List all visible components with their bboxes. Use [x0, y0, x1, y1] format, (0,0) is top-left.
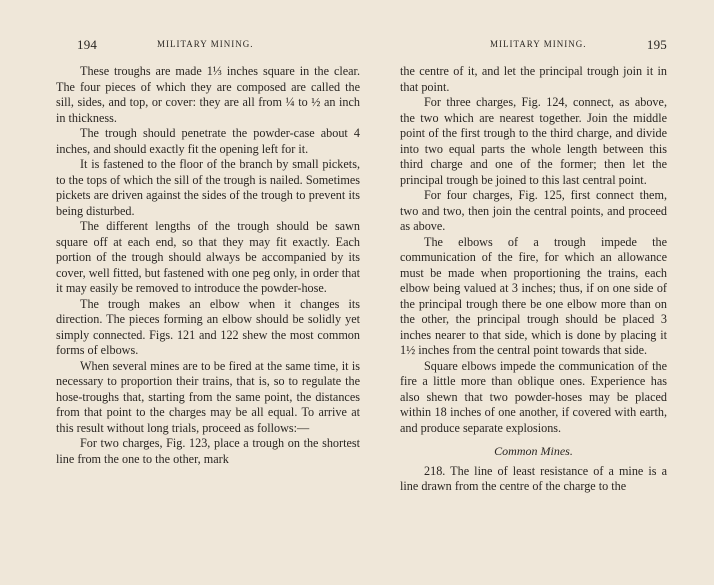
running-head-title: MILITARY MINING.	[157, 39, 253, 49]
body-text: These troughs are made 1⅓ inches square …	[56, 64, 360, 467]
section-heading: Common Mines.	[400, 444, 667, 460]
body-text: the centre of it, and let the principal …	[400, 64, 667, 495]
paragraph-continuation: the centre of it, and let the principal …	[400, 64, 667, 95]
paragraph: When several mines are to be fired at th…	[56, 359, 360, 437]
paragraph: The trough makes an elbow when it change…	[56, 297, 360, 359]
paragraph: For four charges, Fig. 125, first connec…	[400, 188, 667, 235]
paragraph: The trough should penetrate the powder-c…	[56, 126, 360, 157]
paragraph: It is fastened to the floor of the branc…	[56, 157, 360, 219]
paragraph: 218. The line of least resistance of a m…	[400, 464, 667, 495]
running-head: MILITARY MINING. 195	[399, 37, 667, 53]
paragraph: Square elbows impede the communication o…	[400, 359, 667, 437]
running-head-title: MILITARY MINING.	[490, 39, 586, 49]
paragraph: For two charges, Fig. 123, place a troug…	[56, 436, 360, 467]
page-number: 195	[647, 37, 667, 53]
right-page: MILITARY MINING. 195 the centre of it, a…	[399, 0, 667, 585]
paragraph: The elbows of a trough impede the commun…	[400, 235, 667, 359]
paragraph: For three charges, Fig. 124, connect, as…	[400, 95, 667, 188]
paragraph: The different lengths of the trough shou…	[56, 219, 360, 297]
running-head: 194 MILITARY MINING.	[77, 37, 367, 53]
left-page: 194 MILITARY MINING. These troughs are m…	[77, 0, 367, 585]
paragraph: These troughs are made 1⅓ inches square …	[56, 64, 360, 126]
page-number: 194	[77, 37, 97, 53]
